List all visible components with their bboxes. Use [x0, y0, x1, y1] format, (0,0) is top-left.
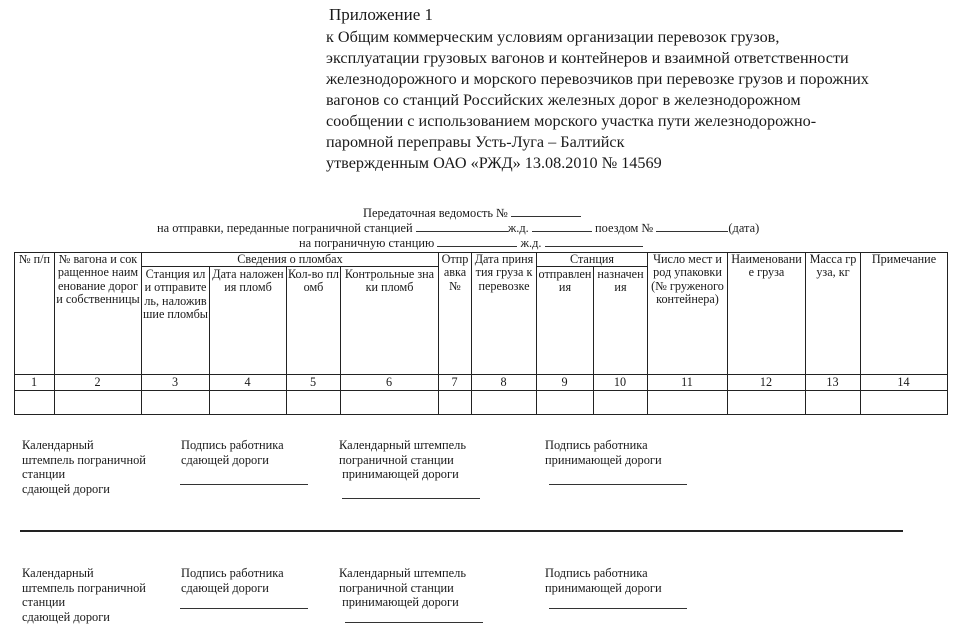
- column-number: 12: [727, 375, 805, 390]
- date-label: (дата): [728, 221, 759, 235]
- sign-receiving-label: Подпись работника принимающей дороги: [545, 566, 662, 595]
- section-divider: [20, 530, 903, 532]
- column-number: 2: [54, 375, 141, 390]
- receiving-station-label: на пограничную станцию: [299, 236, 434, 250]
- transfer-statement-table: Сведения о пломбахСтанция№ п/п1№ вагона …: [14, 252, 947, 414]
- stamp-handing-label: Календарный штемпель пограничной станции…: [22, 438, 146, 496]
- table-cell[interactable]: [595, 393, 646, 413]
- column-number: 5: [286, 375, 340, 390]
- column-header: Кол-во пломб: [288, 268, 339, 372]
- label-line: Подпись работника: [545, 566, 662, 581]
- table-cell[interactable]: [649, 393, 726, 413]
- train-label: поездом №: [595, 221, 653, 235]
- label-line: Календарный штемпель: [339, 438, 466, 453]
- label-line: сдающей дороги: [22, 482, 146, 497]
- table-grid-line: [438, 252, 439, 415]
- appendix-line: вагонов со станций Российских железных д…: [326, 90, 946, 111]
- label-line: Подпись работника: [181, 438, 284, 453]
- column-header: № п/п: [16, 253, 53, 372]
- table-cell[interactable]: [473, 393, 535, 413]
- sign-handing-label: Подпись работника сдающей дороги: [181, 566, 284, 595]
- appendix-line: утвержденным ОАО «РЖД» 13.08.2010 № 1456…: [326, 153, 946, 174]
- table-cell[interactable]: [440, 393, 470, 413]
- sign-handing-line[interactable]: [180, 608, 308, 609]
- appendix-line: сообщении с использованием морского учас…: [326, 111, 946, 132]
- sending-station-field[interactable]: [416, 220, 508, 232]
- appendix-line: паромной переправы Усть-Луга – Балтийск: [326, 132, 946, 153]
- table-grid-line: [727, 252, 728, 415]
- column-number: 11: [647, 375, 727, 390]
- column-header: № вагона и сокращенное наименование доро…: [56, 253, 140, 372]
- table-cell[interactable]: [288, 393, 339, 413]
- table-grid-line: [647, 252, 648, 415]
- column-header: Дата принятия груза к перевозке: [473, 253, 535, 372]
- train-number-field[interactable]: [656, 220, 728, 232]
- table-cell[interactable]: [862, 393, 946, 413]
- table-cell[interactable]: [16, 393, 53, 413]
- column-number: 14: [860, 375, 947, 390]
- label-line: принимающей дороги: [545, 453, 662, 468]
- table-cell[interactable]: [807, 393, 859, 413]
- column-header: Контрольные знаки пломб: [342, 268, 437, 372]
- column-header: назначения: [595, 268, 646, 372]
- column-header: Примечание: [862, 253, 946, 372]
- label-line: сдающей дороги: [181, 581, 284, 596]
- sending-station-label: на отправки, переданные пограничной стан…: [157, 221, 413, 235]
- table-grid-line: [805, 252, 806, 415]
- column-header: Наименование груза: [729, 253, 804, 372]
- rail-label: ж.д.: [520, 236, 541, 250]
- sign-receiving-label: Подпись работника принимающей дороги: [545, 438, 662, 467]
- column-number: 4: [209, 375, 286, 390]
- label-line: станции: [22, 467, 146, 482]
- column-header: Дата наложения пломб: [211, 268, 285, 372]
- form-title: Передаточная ведомость №: [363, 205, 581, 220]
- label-line: Календарный: [22, 438, 146, 453]
- table-grid-line: [14, 390, 948, 391]
- receiving-railway-field[interactable]: [545, 235, 643, 247]
- statement-number-field[interactable]: [511, 205, 581, 217]
- label-line: штемпель пограничной: [22, 581, 146, 596]
- appendix-description: к Общим коммерческим условиям организаци…: [326, 27, 946, 174]
- table-grid-line: [141, 252, 142, 415]
- column-number: 10: [593, 375, 647, 390]
- label-line: станции: [22, 595, 146, 610]
- column-header: Масса груза, кг: [807, 253, 859, 372]
- column-header: отправления: [538, 268, 592, 372]
- table-cell[interactable]: [342, 393, 437, 413]
- label-line: штемпель пограничной: [22, 453, 146, 468]
- appendix-title: Приложение 1: [329, 4, 433, 25]
- label-line: Календарный штемпель: [339, 566, 466, 581]
- table-cell[interactable]: [56, 393, 140, 413]
- column-number: 3: [141, 375, 209, 390]
- label-line: Календарный: [22, 566, 146, 581]
- form-title-text: Передаточная ведомость №: [363, 206, 508, 220]
- sign-handing-label: Подпись работника сдающей дороги: [181, 438, 284, 467]
- receiving-station-field[interactable]: [437, 235, 517, 247]
- appendix-line: железнодорожного и морского перевозчиков…: [326, 69, 946, 90]
- form-line-receiving-station: на пограничную станцию ж.д.: [299, 235, 643, 250]
- label-line: Подпись работника: [181, 566, 284, 581]
- rail-label: ж.д.: [508, 221, 529, 235]
- appendix-line: к Общим коммерческим условиям организаци…: [326, 27, 946, 48]
- table-grid-line: [14, 252, 15, 415]
- label-line: сдающей дороги: [181, 453, 284, 468]
- column-number: 8: [471, 375, 536, 390]
- table-grid-line: [947, 252, 948, 415]
- stamp-receiving-label: Календарный штемпель пограничной станции…: [339, 566, 466, 610]
- label-line: принимающей дороги: [339, 467, 466, 482]
- sign-receiving-line[interactable]: [549, 484, 687, 485]
- label-line: принимающей дороги: [545, 581, 662, 596]
- form-line-sending-station: на отправки, переданные пограничной стан…: [157, 220, 759, 235]
- label-line: Подпись работника: [545, 438, 662, 453]
- table-grid-line: [536, 252, 537, 415]
- table-grid-line: [14, 414, 948, 415]
- stamp-receiving-line[interactable]: [345, 622, 483, 623]
- table-cell[interactable]: [729, 393, 804, 413]
- column-number: 6: [340, 375, 438, 390]
- label-line: принимающей дороги: [339, 595, 466, 610]
- stamp-handing-label: Календарный штемпель пограничной станции…: [22, 566, 146, 624]
- table-cell[interactable]: [538, 393, 592, 413]
- table-cell[interactable]: [143, 393, 208, 413]
- sign-receiving-line[interactable]: [549, 608, 687, 609]
- column-number: 7: [438, 375, 471, 390]
- column-header: Число мест и род упаковки (№ груженого к…: [649, 253, 726, 372]
- column-number: 9: [536, 375, 593, 390]
- column-header: Станция или отправитель, наложившие плом…: [143, 268, 208, 372]
- table-grid-line: [860, 252, 861, 415]
- table-grid-line: [471, 252, 472, 415]
- stamp-receiving-label: Календарный штемпель пограничной станции…: [339, 438, 466, 482]
- sign-handing-line[interactable]: [180, 484, 308, 485]
- stamp-receiving-line[interactable]: [342, 498, 480, 499]
- table-cell[interactable]: [211, 393, 285, 413]
- table-grid-line: [54, 252, 55, 415]
- column-number: 13: [805, 375, 860, 390]
- column-number: 1: [14, 375, 54, 390]
- column-header: Отправка №: [440, 253, 470, 372]
- label-line: пограничной станции: [339, 581, 466, 596]
- appendix-line: эксплуатации грузовых вагонов и контейне…: [326, 48, 946, 69]
- sending-railway-field[interactable]: [532, 220, 592, 232]
- label-line: пограничной станции: [339, 453, 466, 468]
- label-line: сдающей дороги: [22, 610, 146, 625]
